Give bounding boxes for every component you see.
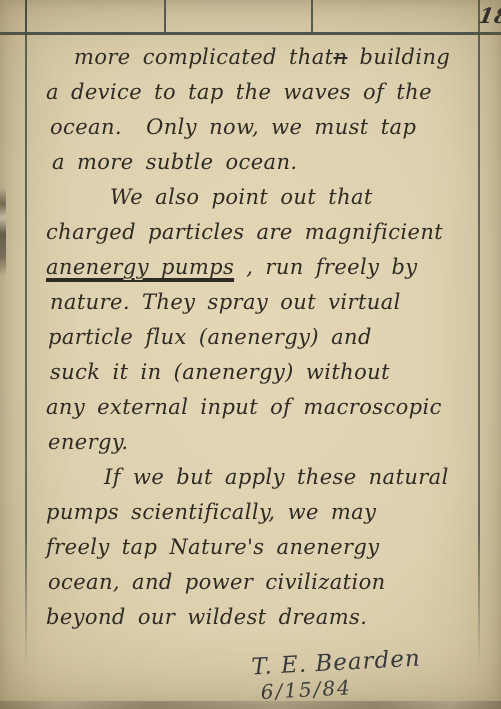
header-tick-mid-left [164,0,166,33]
handwritten-line: particle flux (anenergy) and [46,320,476,355]
handwritten-line: suck it in (anenergy) without [46,355,476,390]
handwritten-text: ocean, and power civilization [48,570,386,594]
handwritten-line: We also point out that [46,180,476,215]
handwritten-line: energy. [46,425,476,460]
handwritten-text: a device to tap the waves of the [46,80,432,104]
scan-artifact-smudge [0,188,6,276]
right-margin-line [478,0,480,668]
handwritten-text: building [347,45,450,69]
handwritten-text: any external input of macroscopic [46,395,442,419]
notebook-page: 18/ more complicated thatn buildinga dev… [0,0,501,709]
handwritten-text: more complicated that [74,45,333,69]
handwritten-line: pumps scientifically, we may [46,495,476,530]
handwritten-line: If we but apply these natural [46,460,476,495]
underlined-text: anenergy pumps [46,255,234,282]
handwritten-line: a device to tap the waves of the [46,75,476,110]
handwritten-line: ocean, and power civilization [46,565,476,600]
handwritten-text: , run freely by [234,255,417,279]
handwritten-text: charged particles are magnificient [46,220,443,244]
scan-edge-bottom [0,701,501,709]
handwritten-text: freely tap Nature's anenergy [46,535,380,559]
header-rule-line [0,32,501,35]
signature-block: T. E. Bearden 6/15/84 [251,646,423,705]
handwritten-body: more complicated thatn buildinga device … [46,40,476,635]
header-tick-mid-right [311,0,313,33]
handwritten-line: charged particles are magnificient [46,215,476,250]
handwritten-line: more complicated thatn building [46,40,476,75]
handwritten-text: ocean. Only now, we must tap [50,115,416,139]
handwritten-line: ocean. Only now, we must tap [46,110,476,145]
page-number: 18/ [477,3,501,28]
handwritten-text: If we but apply these natural [104,465,449,489]
struck-text: n [333,45,347,69]
handwritten-line: nature. They spray out virtual [46,285,476,320]
handwritten-text: beyond our wildest dreams. [46,605,367,629]
handwritten-text: particle flux (anenergy) and [48,325,372,349]
handwritten-line: anenergy pumps , run freely by [46,250,476,285]
handwritten-line: any external input of macroscopic [46,390,476,425]
handwritten-line: beyond our wildest dreams. [46,600,476,635]
handwritten-text: a more subtle ocean. [52,150,297,174]
handwritten-line: freely tap Nature's anenergy [46,530,476,565]
handwritten-text: nature. They spray out virtual [50,290,401,314]
handwritten-text: energy. [48,430,128,454]
handwritten-text: suck it in (anenergy) without [50,360,390,384]
left-margin-line [25,0,27,668]
handwritten-line: a more subtle ocean. [46,145,476,180]
handwritten-text: pumps scientifically, we may [46,500,376,524]
handwritten-text: We also point out that [110,185,373,209]
